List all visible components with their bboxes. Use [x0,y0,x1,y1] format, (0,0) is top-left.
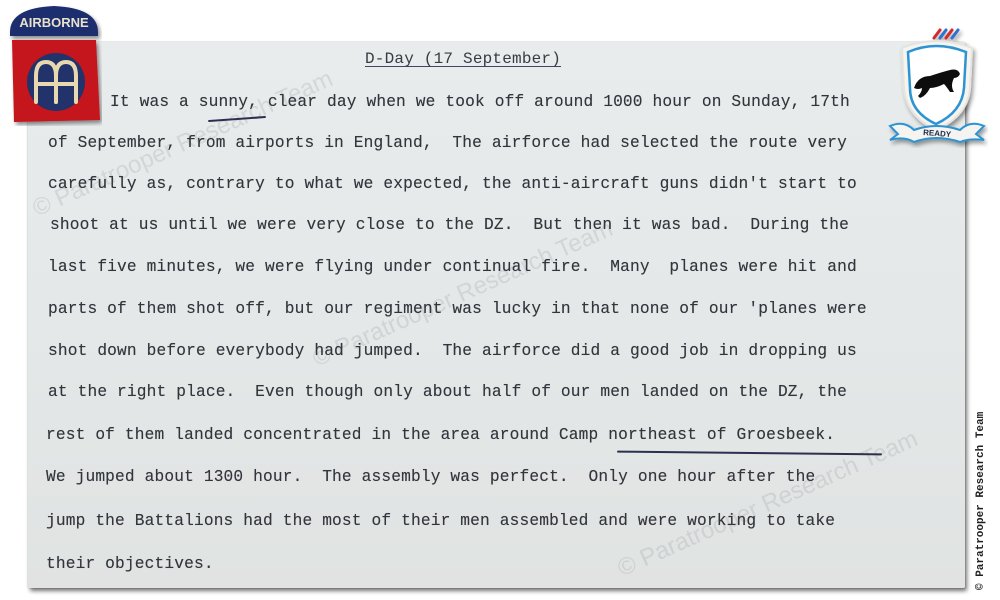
copyright-credit: © Paratrooper Research Team [975,412,987,590]
document-line: rest of them landed concentrated in the … [46,426,835,444]
document-line: parts of them shot off, but our regiment… [48,300,867,318]
document-line: their objectives. [46,555,214,573]
airborne-division-patch-icon: AIRBORNE [6,2,102,126]
ready-regiment-patch-icon: READY [884,26,988,148]
document-title: D-Day (17 September) [365,50,561,68]
document-line: jump the Battalions had the most of thei… [46,512,835,530]
document-line: carefully as, contrary to what we expect… [48,175,857,193]
document-line: We jumped about 1300 hour. The assembly … [46,468,815,486]
document-line: It was a sunny, clear day when we took o… [110,93,850,111]
document-line: of September, from airports in England, … [48,134,847,152]
document-line: last five minutes, we were flying under … [48,258,857,276]
document-line: shoot at us until we were very close to … [50,216,849,234]
document-line: shot down before everybody had jumped. T… [48,342,857,360]
svg-text:AIRBORNE: AIRBORNE [19,15,89,30]
document-line: at the right place. Even though only abo… [48,383,847,401]
